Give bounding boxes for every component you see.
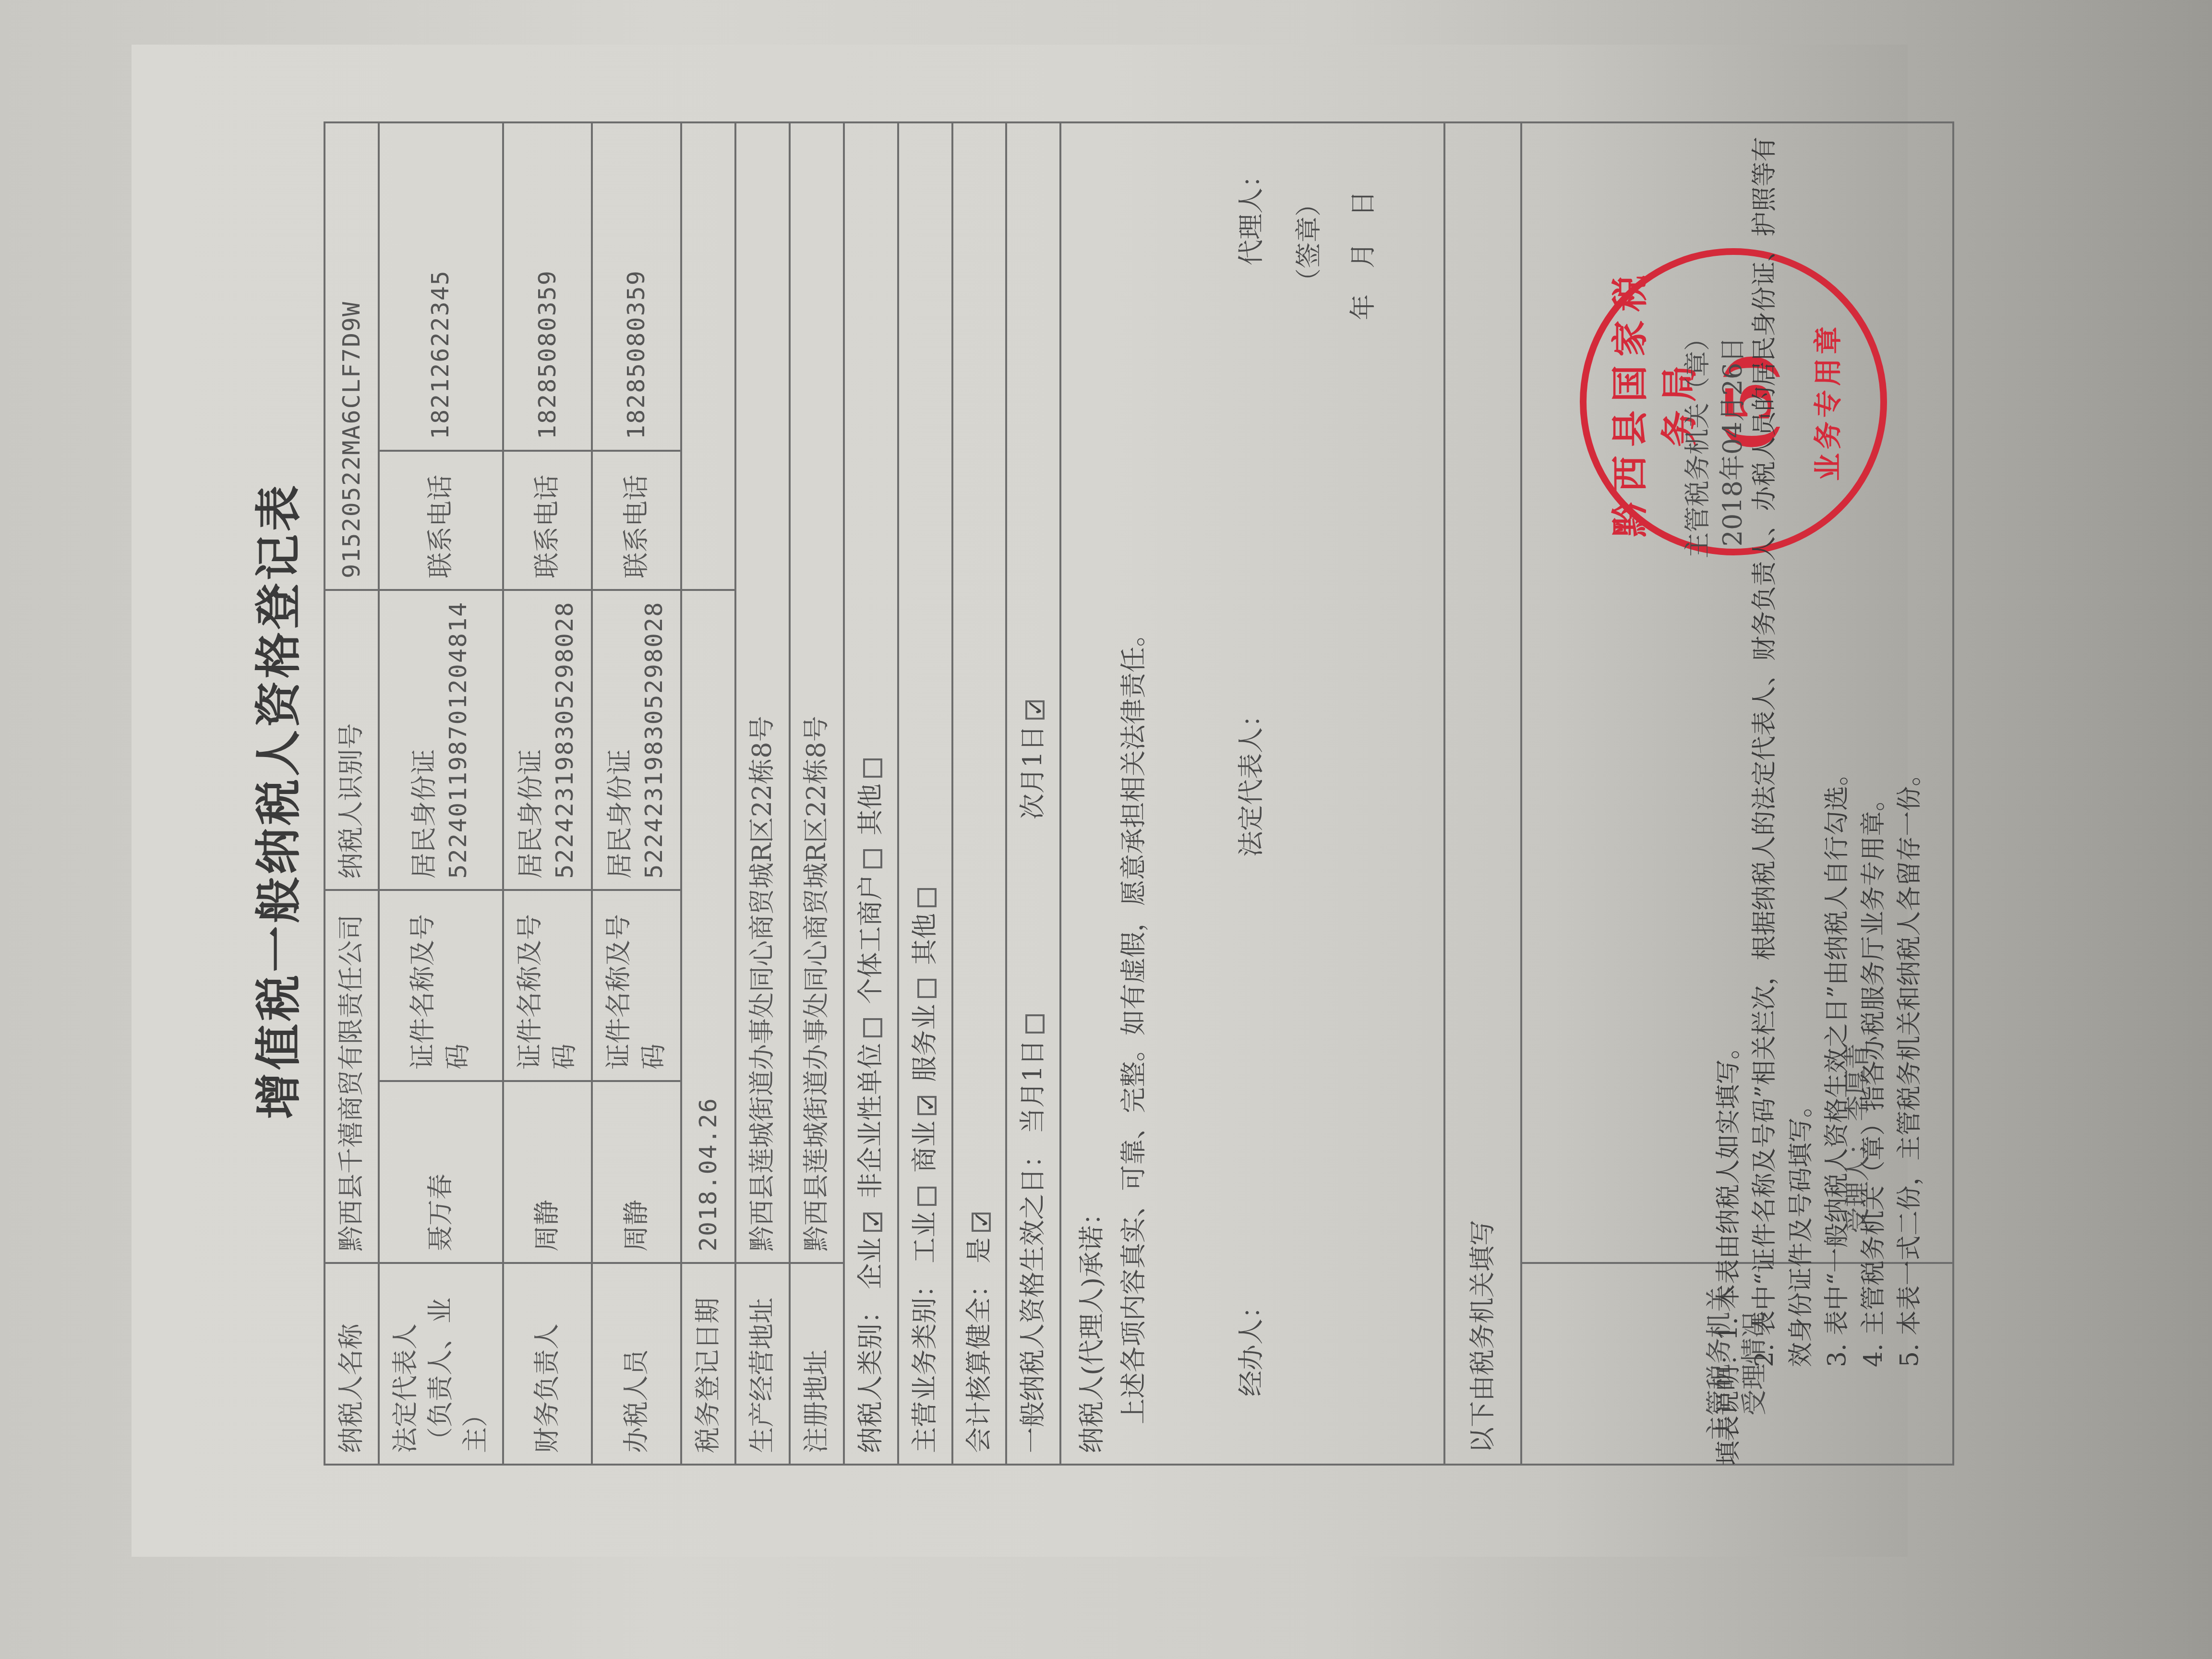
row-accounting: 会计核算健全： 是: [952, 122, 1007, 1465]
taxpayer-type-label: 纳税人类别：: [855, 1298, 886, 1453]
note-item: 1. 本表由纳税人如实填写。: [1711, 1034, 1747, 1341]
registered-address-value: 黔西县莲城街道办事处同心商贸城R区22栋8号: [790, 122, 844, 1263]
effective-date-label: 一般纳税人资格生效之日：: [1018, 1142, 1048, 1453]
note-item: 3. 表中“一般纳税人资格生效之日”由纳税人自行勾选。: [1819, 121, 1855, 1466]
form-title: 增值税一般纳税人资格登记表: [242, 45, 308, 1557]
option-other-type-checkbox[interactable]: [863, 758, 882, 778]
option-individual-business-checkbox[interactable]: [863, 849, 882, 868]
option-current-month-label: 当月1日: [1018, 1039, 1048, 1133]
effective-date-field: 一般纳税人资格生效之日： 当月1日 次月1日: [1006, 122, 1060, 1465]
handler-label: 经办人：: [1234, 1293, 1269, 1396]
finance-head-phone-label: 联系电话: [503, 451, 592, 589]
row-tax-officer: 办税人员 周静 证件名称及号码 居民身份证 522423198305298028…: [592, 122, 681, 1465]
row-effective-date: 一般纳税人资格生效之日： 当月1日 次月1日: [1006, 122, 1060, 1465]
option-industry-checkbox[interactable]: [917, 1187, 937, 1206]
taxpayer-type-field: 纳税人类别： 企业 非企业性单位 个体工商户 其他: [844, 122, 898, 1465]
option-next-month-checkbox[interactable]: [1025, 700, 1045, 720]
option-non-enterprise-checkbox[interactable]: [863, 1018, 882, 1037]
finance-head-id-cell: 居民身份证 522423198305298028: [503, 590, 592, 890]
option-other-business-checkbox[interactable]: [917, 888, 937, 907]
notes-heading: 填表说明：: [1711, 1341, 1747, 1466]
finance-head-name: 周静: [503, 1081, 592, 1263]
declaration-section: 纳税人(代理人)承诺： 上述各项内容真实、可靠、完整。如有虚假，愿意承担相关法律…: [1060, 122, 1444, 1465]
business-address-value: 黔西县莲城街道办事处同心商贸城R区22栋8号: [735, 122, 790, 1263]
option-accounting-yes-checkbox[interactable]: [972, 1213, 991, 1232]
tax-officer-label: 办税人员: [592, 1263, 681, 1465]
finance-head-id-type: 居民身份证: [514, 601, 549, 879]
option-current-month-checkbox[interactable]: [1025, 1014, 1045, 1034]
note-item: 5. 本表一式二份，主管税务机关和纳税人各留存一份。: [1892, 121, 1928, 1466]
legal-rep-label: 法定代表人（负责人、业主）: [379, 1263, 503, 1465]
legal-rep-name: 聂万春: [379, 1081, 503, 1263]
legal-rep-phone: 18212622345: [379, 122, 503, 451]
option-commerce-checkbox[interactable]: [917, 1096, 937, 1115]
option-next-month-label: 次月1日: [1018, 725, 1048, 819]
declaration-body: 上述各项内容真实、可靠、完整。如有虚假，愿意承担相关法律责任。: [1117, 134, 1152, 1424]
row-finance-head: 财务负责人 周静 证件名称及号码 居民身份证 52242319830529802…: [503, 122, 592, 1465]
legal-rep-phone-label: 联系电话: [379, 451, 503, 589]
note-item: 2. 表中“证件名称及号码”相关栏次，根据纳税人的法定代表人、财务负责人、办税人…: [1747, 121, 1819, 1466]
declaration-seal-label: （签章）: [1292, 191, 1327, 320]
row-legal-rep: 法定代表人（负责人、业主） 聂万春 证件名称及号码 居民身份证 52240119…: [379, 122, 503, 1465]
tax-officer-phone: 18285080359: [592, 122, 681, 451]
accounting-label: 会计核算健全：: [964, 1272, 994, 1453]
row-authority-header: 以下由税务机关填写: [1444, 122, 1521, 1465]
option-enterprise-checkbox[interactable]: [863, 1213, 882, 1232]
reg-date-label: 税务登记日期: [681, 1263, 735, 1465]
option-service-checkbox[interactable]: [917, 979, 937, 998]
finance-head-id-number: 522423198305298028: [549, 601, 581, 879]
option-service-label: 服务业: [910, 1004, 940, 1082]
tax-officer-id-cell: 居民身份证 522423198305298028: [592, 590, 681, 890]
declaration-seal-date: （签章） 年 月 日: [1292, 191, 1381, 320]
finance-head-phone: 18285080359: [503, 122, 592, 451]
legal-rep-id-doc-label: 证件名称及号码: [379, 890, 503, 1082]
option-accounting-yes-label: 是: [964, 1238, 994, 1263]
business-type-label: 主营业务类别：: [910, 1272, 940, 1453]
legal-rep-id-type: 居民身份证: [407, 601, 442, 879]
legal-rep-sign-label: 法定代表人：: [1234, 701, 1269, 857]
option-enterprise-label: 企业: [855, 1238, 886, 1289]
taxpayer-name-value: 黔西县千禧商贸有限责任公司: [325, 890, 379, 1263]
legal-rep-id-cell: 居民身份证 522401198701204814: [379, 590, 503, 890]
tax-officer-id-type: 居民身份证: [603, 601, 638, 879]
accounting-field: 会计核算健全： 是: [952, 122, 1007, 1465]
declaration-heading: 纳税人(代理人)承诺：: [1075, 134, 1110, 1453]
row-declaration: 纳税人(代理人)承诺： 上述各项内容真实、可靠、完整。如有虚假，愿意承担相关法律…: [1060, 122, 1444, 1465]
finance-head-id-doc-label: 证件名称及号码: [503, 890, 592, 1082]
option-other-business-label: 其他: [910, 913, 940, 965]
reg-date-value: 2018.04.26: [681, 590, 735, 1263]
row-reg-date: 税务登记日期 2018.04.26: [681, 122, 735, 1465]
option-commerce-label: 商业: [910, 1121, 940, 1173]
form-notes: 填表说明： 1. 本表由纳税人如实填写。 2. 表中“证件名称及号码”相关栏次，…: [1711, 121, 1928, 1466]
option-individual-business-label: 个体工商户: [855, 874, 886, 1004]
note-item: 4. 主管税务机关（章）指各办税服务厅业务专用章。: [1856, 121, 1892, 1466]
option-other-type-label: 其他: [855, 783, 886, 835]
tax-officer-id-number: 522423198305298028: [638, 601, 671, 879]
row-registered-address: 注册地址 黔西县莲城街道办事处同心商贸城R区22栋8号: [790, 122, 844, 1465]
tax-officer-phone-label: 联系电话: [592, 451, 681, 589]
option-industry-label: 工业: [910, 1212, 940, 1263]
row-business-address: 生产经营地址 黔西县莲城街道办事处同心商贸城R区22栋8号: [735, 122, 790, 1465]
declaration-date-label: 年 月 日: [1346, 191, 1381, 320]
option-non-enterprise-label: 非企业性单位: [855, 1043, 886, 1199]
row-taxpayer: 纳税人名称 黔西县千禧商贸有限责任公司 纳税人识别号 91520522MA6CL…: [325, 122, 379, 1465]
row-taxpayer-type: 纳税人类别： 企业 非企业性单位 个体工商户 其他: [844, 122, 898, 1465]
row-business-type: 主营业务类别： 工业 商业 服务业 其他: [898, 122, 952, 1465]
business-type-field: 主营业务类别： 工业 商业 服务业 其他: [898, 122, 952, 1465]
agent-label: 代理人：: [1234, 162, 1269, 265]
tax-officer-name: 周静: [592, 1081, 681, 1263]
registration-table: 纳税人名称 黔西县千禧商贸有限责任公司 纳税人识别号 91520522MA6CL…: [324, 121, 1954, 1466]
taxpayer-name-label: 纳税人名称: [325, 1263, 379, 1465]
declaration-signers: 经办人： 法定代表人： 代理人：: [1234, 162, 1269, 1396]
business-address-label: 生产经营地址: [735, 1263, 790, 1465]
taxpayer-id-label: 纳税人识别号: [325, 590, 379, 890]
registered-address-label: 注册地址: [790, 1263, 844, 1465]
authority-section-label: 以下由税务机关填写: [1444, 122, 1521, 1465]
finance-head-label: 财务负责人: [503, 1263, 592, 1465]
taxpayer-id-value: 91520522MA6CLF7D9W: [325, 122, 379, 590]
registration-form-paper: 增值税一般纳税人资格登记表 纳税人名称 黔西县千禧商贸有限责任公司 纳税人识别号…: [132, 45, 1908, 1557]
legal-rep-id-number: 522401198701204814: [442, 601, 475, 879]
tax-officer-id-doc-label: 证件名称及号码: [592, 890, 681, 1082]
